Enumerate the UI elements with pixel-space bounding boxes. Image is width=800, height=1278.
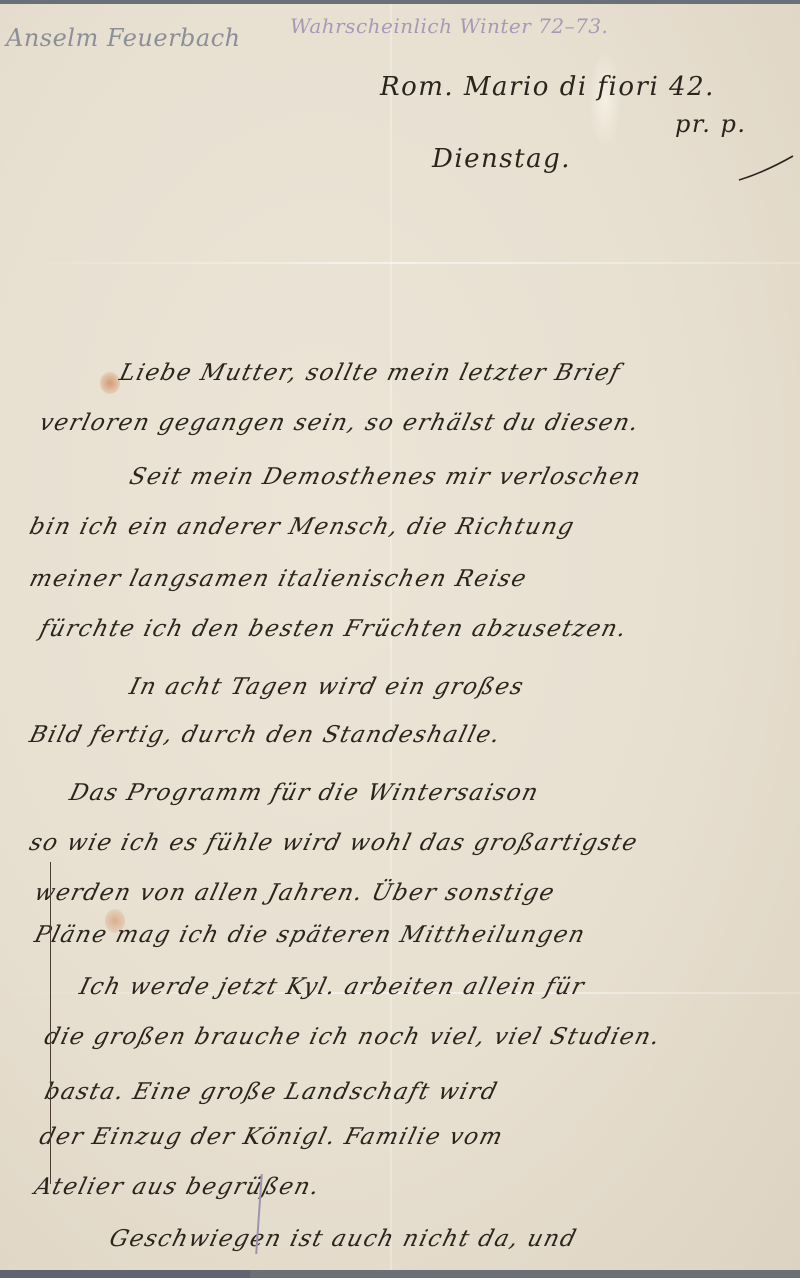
paper-fold: [0, 262, 800, 264]
scan-border-top: [0, 0, 800, 4]
letter-line: der Einzug der Königl. Familie vom: [37, 1124, 507, 1150]
letter-line: bin ich ein anderer Mensch, die Richtung: [27, 514, 578, 540]
letter-line: die großen brauche ich noch viel, viel S…: [42, 1024, 664, 1050]
letter-address: Rom. Mario di fiori 42.: [380, 72, 715, 102]
letter-line: Atelier aus begrüßen.: [32, 1174, 323, 1200]
margin-line: [50, 862, 51, 1184]
letter-line: Das Programm für die Wintersaison: [67, 780, 542, 806]
letter-line: so wie ich es fühle wird wohl das großar…: [27, 830, 641, 856]
letter-day: Dienstag.: [432, 144, 571, 174]
letter-line: Geschwiegen ist auch nicht da, und: [107, 1226, 580, 1252]
letter-line: basta. Eine große Landschaft wird: [42, 1079, 501, 1105]
author-annotation: Anselm Feuerbach: [6, 24, 241, 52]
letter-sheet: Anselm Feuerbach Wahrscheinlich Winter 7…: [0, 4, 800, 1270]
letter-address-sub: pr. p.: [675, 110, 746, 138]
letter-line: Bild fertig, durch den Standeshalle.: [27, 722, 504, 748]
letter-line: fürchte ich den besten Früchten abzusetz…: [37, 616, 630, 642]
letter-line: Ich werde jetzt Kyl. arbeiten allein für: [77, 974, 588, 1000]
letter-line: Seit mein Demosthenes mir verloschen: [127, 464, 645, 490]
dating-annotation: Wahrscheinlich Winter 72–73.: [290, 14, 608, 38]
letter-line: verloren gegangen sein, so erhälst du di…: [37, 410, 643, 436]
arrow-mark-icon: [735, 154, 795, 194]
letter-line: Liebe Mutter, sollte mein letzter Brief: [117, 360, 624, 386]
letter-line: meiner langsamen italienischen Reise: [27, 566, 530, 592]
letter-line: Pläne mag ich die späteren Mittheilungen: [32, 922, 589, 948]
scan-border-bottom: [250, 1270, 800, 1278]
letter-line: In acht Tagen wird ein großes: [127, 674, 527, 700]
letter-line: werden von allen Jahren. Über sonstige: [32, 880, 558, 906]
